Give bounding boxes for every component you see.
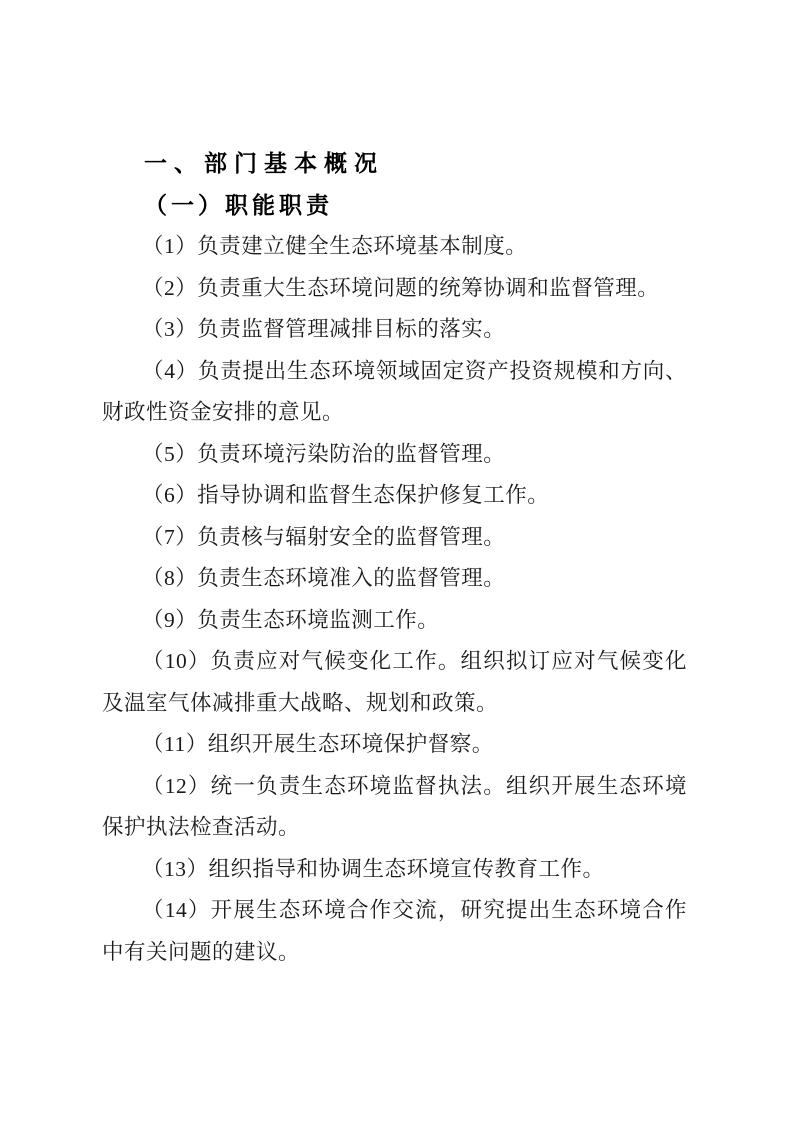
paragraph: （5）负责环境污染防治的监督管理。 [102,434,687,476]
paragraph: （11）组织开展生态环境保护督察。 [102,724,687,766]
paragraph: （7）负责核与辐射安全的监督管理。 [102,517,687,559]
paragraph: （8）负责生态环境准入的监督管理。 [102,558,687,600]
paragraph: （14）开展生态环境合作交流，研究提出生态环境合作中有关问题的建议。 [102,890,687,973]
section-heading: 一、部门基本概况 [102,143,687,185]
paragraph: （13）组织指导和协调生态环境宣传教育工作。 [102,849,687,891]
paragraph: （6）指导协调和监督生态保护修复工作。 [102,475,687,517]
paragraph: （12）统一负责生态环境监督执法。组织开展生态环境保护执法检查活动。 [102,766,687,849]
paragraph: （3）负责监督管理减排目标的落实。 [102,309,687,351]
paragraph: （9）负责生态环境监测工作。 [102,600,687,642]
subsection-heading: （一）职能职责 [102,185,687,227]
paragraph: （1）负责建立健全生态环境基本制度。 [102,226,687,268]
document-page: 一、部门基本概况 （一）职能职责 （1）负责建立健全生态环境基本制度。（2）负责… [0,0,793,1122]
paragraph: （4）负责提出生态环境领域固定资产投资规模和方向、财政性资金安排的意见。 [102,351,687,434]
paragraph: （2）负责重大生态环境问题的统筹协调和监督管理。 [102,268,687,310]
paragraph: （10）负责应对气候变化工作。组织拟订应对气候变化及温室气体减排重大战略、规划和… [102,641,687,724]
paragraph-list: （1）负责建立健全生态环境基本制度。（2）负责重大生态环境问题的统筹协调和监督管… [102,226,687,973]
